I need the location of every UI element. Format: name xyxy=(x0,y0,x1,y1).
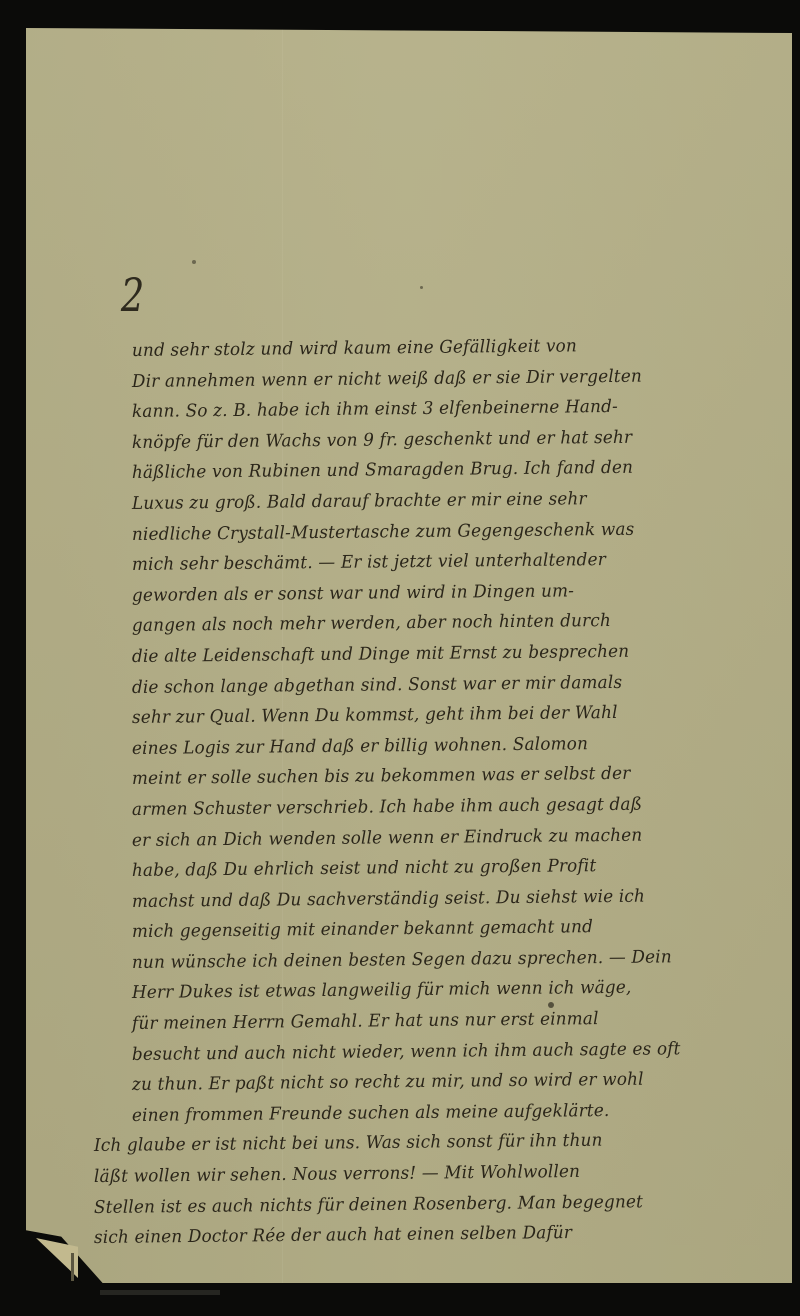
letter-line: sich einen Doctor Rée der auch hat einen… xyxy=(94,1216,764,1254)
archive-label-strip xyxy=(100,1290,220,1295)
letter-body: und sehr stolz und wird kaum eine Gefäll… xyxy=(132,336,792,1254)
page-number: 2 xyxy=(121,268,144,322)
paper-speck xyxy=(192,260,196,264)
scan-frame: 2 und sehr stolz und wird kaum eine Gefä… xyxy=(0,0,800,1316)
paper-speck xyxy=(420,286,423,289)
corner-shadow xyxy=(71,1253,74,1281)
